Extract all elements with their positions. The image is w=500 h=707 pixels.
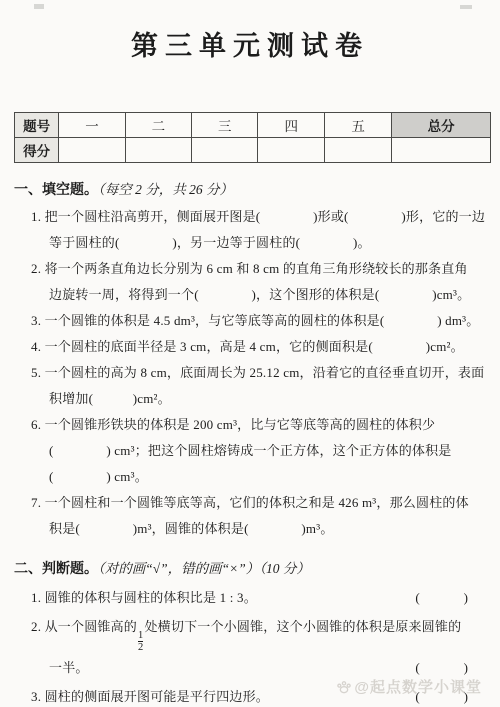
fraction-one-half: 12	[138, 630, 143, 653]
fill-blank-question-5: 5. 一个圆柱的高为 8 cm，底面周长为 25.12 cm，沿着它的直径垂直切…	[31, 360, 486, 412]
score-table-score-cell	[324, 138, 391, 163]
paw-logo-icon	[336, 679, 352, 695]
judge-question-2: 2. 从一个圆锥高的12处横切下一个小圆锥，这个小圆锥的体积是原来圆锥的 一半。…	[31, 612, 486, 682]
test-paper-page: 第三单元测试卷 题号 一 二 三 四 五 总分 得分 一、填空题。（每空 2	[0, 0, 500, 707]
score-table-score-cell	[258, 138, 324, 163]
score-table-header-row: 题号 一 二 三 四 五 总分	[15, 113, 491, 138]
score-table-score-cell	[392, 138, 491, 163]
judge-question-text: 3. 圆柱的侧面展开图可能是平行四边形。	[31, 682, 269, 707]
watermark-text: @起点数学小课堂	[354, 676, 482, 697]
question-line: 1. 把一个圆柱沿高剪开，侧面展开图是( )形或( )形，它的一边	[31, 204, 486, 230]
question-line: 5. 一个圆柱的高为 8 cm，底面周长为 25.12 cm，沿着它的直径垂直切…	[31, 360, 486, 386]
question-line: 边旋转一周，将得到一个( )，这个图形的体积是( )cm³。	[49, 282, 486, 308]
score-table-cell-3: 三	[192, 113, 258, 138]
fill-blank-question-2: 2. 将一个两条直角边长分别为 6 cm 和 8 cm 的直角三角形绕较长的那条…	[31, 256, 486, 308]
score-table-score-cell	[192, 138, 258, 163]
question-line: 4. 一个圆柱的底面半径是 3 cm，高是 4 cm，它的侧面积是( )cm²。	[31, 334, 486, 360]
section-1-heading-title: 一、填空题。	[14, 181, 98, 197]
question-line: 6. 一个圆锥形铁块的体积是 200 cm³，比与它等底等高的圆柱的体积少	[31, 412, 486, 438]
score-table-cell-5: 五	[324, 113, 391, 138]
fraction-numerator: 1	[138, 630, 143, 641]
question-line: 2. 将一个两条直角边长分别为 6 cm 和 8 cm 的直角三角形绕较长的那条…	[31, 256, 486, 282]
score-table-cell-score-label: 得分	[15, 138, 59, 163]
score-table-cell-total: 总分	[392, 113, 491, 138]
fraction-denominator: 2	[138, 641, 143, 653]
judge-question-text-post: 处横切下一个小圆锥，这个小圆锥的体积是原来圆锥的	[144, 619, 461, 634]
score-table: 题号 一 二 三 四 五 总分 得分	[14, 112, 491, 163]
question-line: 3. 一个圆锥的体积是 4.5 dm³，与它等底等高的圆柱的体积是( ) dm³…	[31, 308, 486, 334]
fill-blank-question-6: 6. 一个圆锥形铁块的体积是 200 cm³，比与它等底等高的圆柱的体积少 ( …	[31, 412, 486, 490]
section-2-heading-note: （对的画“√”，错的画“×”）（10 分）	[98, 561, 310, 576]
score-table-cell-2: 二	[125, 113, 191, 138]
score-table-cell-4: 四	[258, 113, 324, 138]
section-2-heading-title: 二、判断题。	[14, 560, 98, 576]
section-1-heading: 一、填空题。（每空 2 分，共 26 分）	[14, 176, 486, 204]
question-line: 积增加( )cm²。	[49, 386, 486, 412]
judge-question-text: 一半。	[49, 653, 89, 682]
judge-question-text: 1. 圆锥的体积与圆柱的体积比是 1 : 3。	[31, 583, 257, 612]
score-table-score-row: 得分	[15, 138, 491, 163]
question-line: 7. 一个圆柱和一个圆锥等底等高，它们的体积之和是 426 m³，那么圆柱的体	[31, 490, 486, 516]
section-2-heading: 二、判断题。（对的画“√”，错的画“×”）（10 分）	[14, 555, 486, 583]
judge-question-1: 1. 圆锥的体积与圆柱的体积比是 1 : 3。 ( )	[31, 583, 486, 612]
question-line: 等于圆柱的( )，另一边等于圆柱的( )。	[49, 230, 486, 256]
fill-blank-question-1: 1. 把一个圆柱沿高剪开，侧面展开图是( )形或( )形，它的一边 等于圆柱的(…	[31, 204, 486, 256]
question-line: ( ) cm³。	[49, 464, 486, 490]
fill-blank-question-3: 3. 一个圆锥的体积是 4.5 dm³，与它等底等高的圆柱的体积是( ) dm³…	[31, 308, 486, 334]
score-table-cell-question-no: 题号	[15, 113, 59, 138]
section-1-heading-note: （每空 2 分，共 26 分）	[98, 182, 233, 197]
score-table-score-cell	[59, 138, 125, 163]
watermark: @起点数学小课堂	[336, 676, 482, 697]
question-line: 积是( )m³，圆锥的体积是( )m³。	[49, 516, 486, 542]
score-table-score-cell	[125, 138, 191, 163]
scan-artifact	[34, 4, 44, 9]
question-line: ( ) cm³；把这个圆柱熔铸成一个正方体，这个正方体的体积是	[49, 438, 486, 464]
judge-question-text-pre: 2. 从一个圆锥高的	[31, 619, 137, 634]
question-line: 1. 圆锥的体积与圆柱的体积比是 1 : 3。 ( )	[31, 583, 486, 612]
paper-body: 一、填空题。（每空 2 分，共 26 分） 1. 把一个圆柱沿高剪开，侧面展开图…	[0, 176, 500, 707]
answer-blank: ( )	[415, 583, 474, 612]
fill-blank-question-4: 4. 一个圆柱的底面半径是 3 cm，高是 4 cm，它的侧面积是( )cm²。	[31, 334, 486, 360]
scan-artifact	[460, 5, 472, 9]
page-title: 第三单元测试卷	[0, 24, 500, 63]
fill-blank-question-7: 7. 一个圆柱和一个圆锥等底等高，它们的体积之和是 426 m³，那么圆柱的体 …	[31, 490, 486, 542]
score-table-cell-1: 一	[59, 113, 125, 138]
question-line: 2. 从一个圆锥高的12处横切下一个小圆锥，这个小圆锥的体积是原来圆锥的	[31, 612, 486, 653]
